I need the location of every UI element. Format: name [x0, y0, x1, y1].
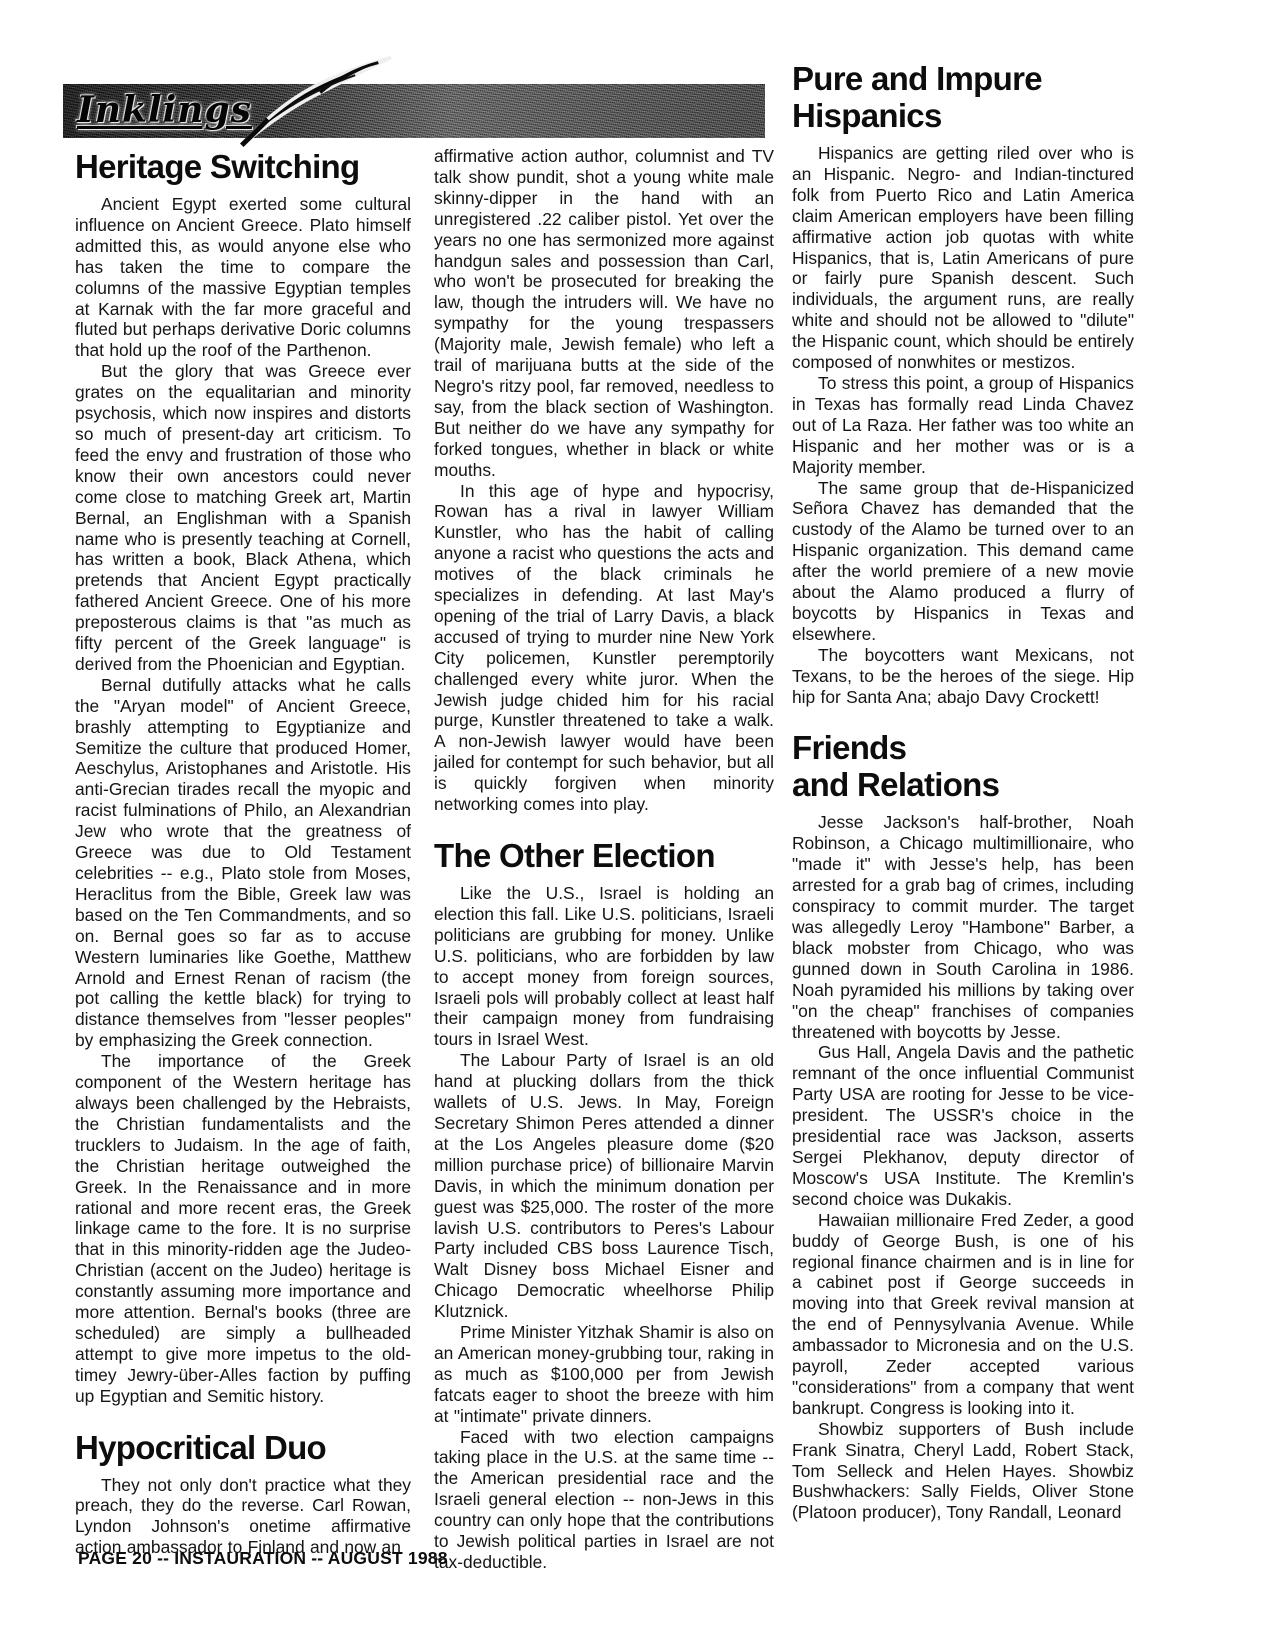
paragraph-continuation: affirmative action author, columnist and…: [434, 146, 774, 481]
paragraph: Gus Hall, Angela Davis and the pathetic …: [792, 1042, 1134, 1209]
paragraph: In this age of hype and hypocrisy, Rowan…: [434, 481, 774, 816]
section-title: Inklings: [77, 88, 252, 132]
paragraph: Hawaiian millionaire Fred Zeder, a good …: [792, 1210, 1134, 1419]
article-title-friends-and-relations: Friends and Relations: [792, 729, 1134, 803]
article-title-heritage-switching: Heritage Switching: [75, 148, 411, 185]
page-footer: PAGE 20 -- INSTAURATION -- AUGUST 1988: [78, 1548, 448, 1569]
article-title-pure-and-impure-hispanics: Pure and Impure Hispanics: [792, 60, 1134, 134]
paragraph: Bernal dutifully attacks what he calls t…: [75, 675, 411, 1051]
article-title-hypocritical-duo: Hypocritical Duo: [75, 1429, 411, 1466]
inklings-section-banner: Inklings: [63, 84, 765, 138]
column-1: Heritage Switching Ancient Egypt exerted…: [75, 148, 411, 1558]
column-2: affirmative action author, columnist and…: [434, 146, 774, 1573]
paragraph: But the glory that was Greece ever grate…: [75, 361, 411, 675]
article-title-the-other-election: The Other Election: [434, 837, 774, 874]
magazine-page: Inklings Heritage Switching Ancient Egyp…: [0, 0, 1275, 1650]
quill-pen-icon: [228, 52, 404, 154]
paragraph: The boycotters want Mexicans, not Texans…: [792, 645, 1134, 708]
column-3: Pure and Impure Hispanics Hispanics are …: [792, 60, 1134, 1523]
paragraph: Like the U.S., Israel is holding an elec…: [434, 883, 774, 1050]
paragraph: Prime Minister Yitzhak Shamir is also on…: [434, 1322, 774, 1427]
paragraph: Ancient Egypt exerted some cultural infl…: [75, 194, 411, 361]
paragraph: Hispanics are getting riled over who is …: [792, 143, 1134, 373]
paragraph: The Labour Party of Israel is an old han…: [434, 1050, 774, 1322]
paragraph: To stress this point, a group of Hispani…: [792, 373, 1134, 478]
paragraph: Showbiz supporters of Bush include Frank…: [792, 1419, 1134, 1524]
paragraph: The importance of the Greek component of…: [75, 1051, 411, 1406]
paragraph: Jesse Jackson's half-brother, Noah Robin…: [792, 812, 1134, 1042]
paragraph: Faced with two election campaigns taking…: [434, 1427, 774, 1573]
paragraph: They not only don't practice what they p…: [75, 1475, 411, 1559]
paragraph: The same group that de-Hispanicized Seño…: [792, 478, 1134, 645]
